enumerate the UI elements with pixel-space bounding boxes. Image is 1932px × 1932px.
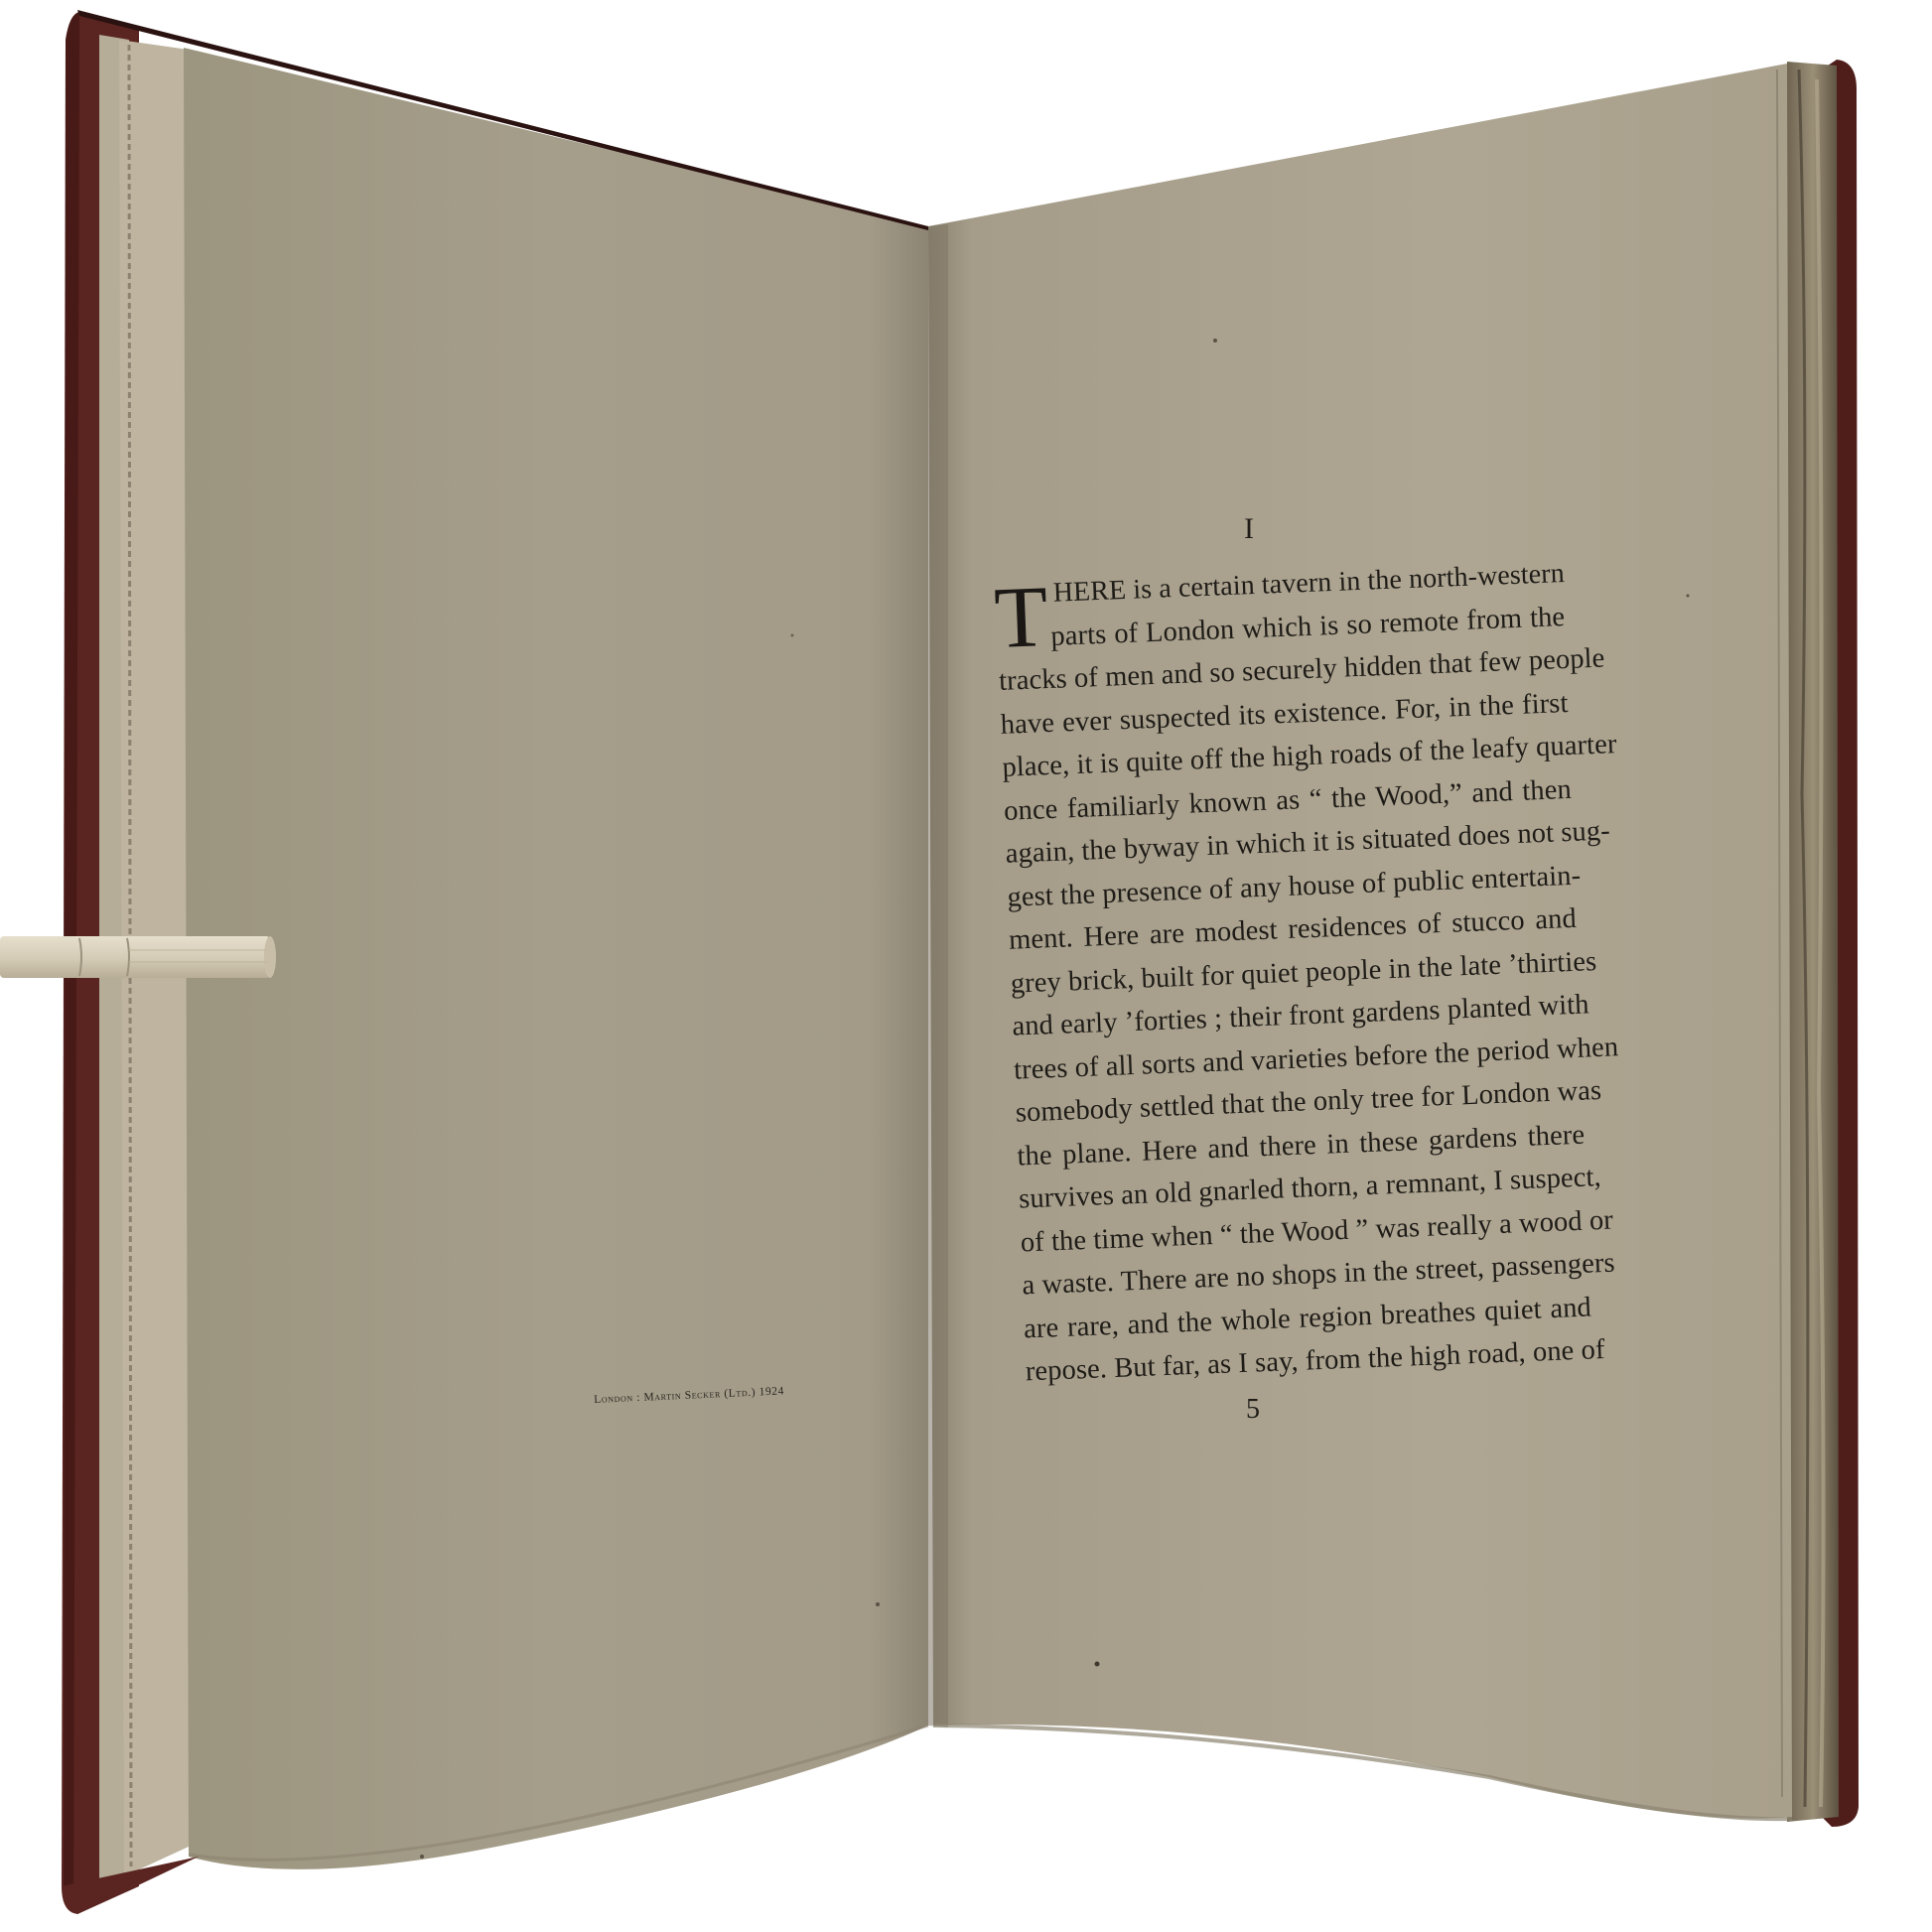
chapter-number: I	[1244, 512, 1254, 546]
body-text: T HERE is a certain tavern in the north-…	[995, 552, 1593, 1394]
bookmark-stick	[0, 928, 283, 988]
drop-cap: T	[993, 582, 1048, 655]
book-spread	[0, 0, 1932, 1932]
page-number: 5	[1246, 1394, 1260, 1426]
